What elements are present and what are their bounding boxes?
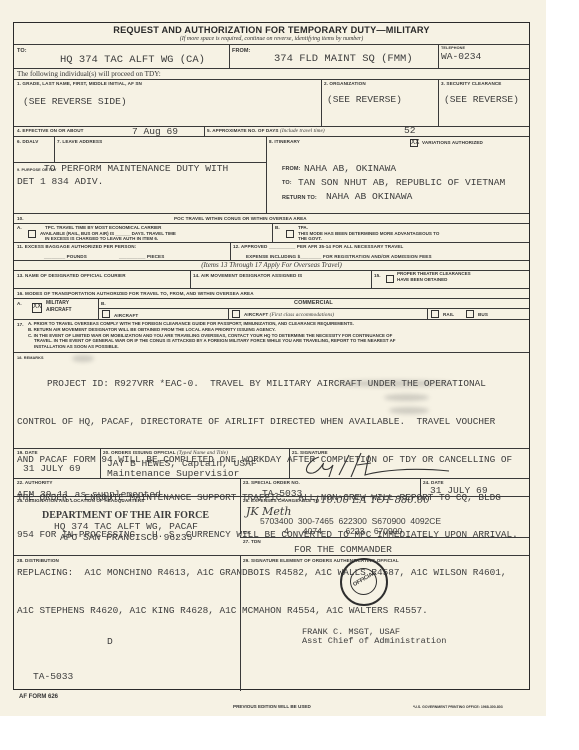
item9-field-line1[interactable]: TO PERFORM MAINTENANCE DUTY WITH xyxy=(44,163,228,174)
item19-label: 19. DATE xyxy=(17,450,38,455)
from-label: FROM: xyxy=(232,48,251,54)
item23-label: 23. SPECIAL ORDER NO. xyxy=(243,480,300,485)
smudge xyxy=(72,355,94,362)
item26-label: 26. EXPENSES CHARGEABLE TO xyxy=(243,498,319,503)
item28-order-no[interactable]: TA-5033 xyxy=(33,671,73,682)
item25-line3[interactable]: APO SAN FRANCISCO 96235 xyxy=(60,532,192,543)
edition-note: PREVIOUS EDITION WILL BE USED xyxy=(233,704,311,709)
first-class-aircraft-label: AIRCRAFT (First class accommodations) xyxy=(244,312,334,318)
tpc-checkbox[interactable] xyxy=(28,230,36,238)
bus-checkbox[interactable] xyxy=(466,310,474,318)
item17-number: 17. xyxy=(17,322,24,327)
tpa-checkbox[interactable] xyxy=(286,230,294,238)
itinerary-return-field[interactable]: NAHA AB OKINAWA xyxy=(326,191,412,202)
item1-label: 1. GRADE, LAST NAME, FIRST, MIDDLE INITI… xyxy=(17,81,142,86)
itinerary-to-label: TO: xyxy=(282,180,292,186)
theater-clearances-checkbox[interactable] xyxy=(386,275,394,283)
item3-field[interactable]: (SEE REVERSE) xyxy=(444,94,519,105)
to-field[interactable]: HQ 374 TAC ALFT WG (CA) xyxy=(60,54,205,66)
signature-scribble xyxy=(299,451,469,479)
item25-line2[interactable]: HQ 374 TAC ALFT WG, PACAF xyxy=(54,521,198,532)
bus-label: BUS xyxy=(478,312,488,317)
item28-field[interactable]: D xyxy=(107,636,113,647)
commercial-aircraft-label: AIRCRAFT xyxy=(114,313,138,318)
item9-field-line2[interactable]: DET 1 834 ADIV. xyxy=(17,176,103,187)
smudge xyxy=(334,380,454,387)
form-number: AF FORM 626 xyxy=(19,694,58,700)
item25-line1[interactable]: DEPARTMENT OF THE AIR FORCE xyxy=(42,510,209,521)
item27-label: 27. TDN xyxy=(243,539,261,544)
item12-line2: EXPENSE INCLUDING $________ FOR REGISTRA… xyxy=(246,254,432,259)
item16a-letter: A. xyxy=(17,301,22,306)
item1-field[interactable]: (SEE REVERSE SIDE) xyxy=(23,96,127,107)
item26-handwritten-amount: 110.00 EA TOT 880.00 xyxy=(314,495,430,506)
item6-label: 6. DDALV xyxy=(17,139,38,144)
item16-label: 16. MODES OF TRANSPORTATION AUTHORIZED F… xyxy=(17,291,254,296)
item5-label: 5. APPROXIMATE NO. OF DAYS (Include trav… xyxy=(207,128,325,134)
itinerary-return-label: RETURN TO: xyxy=(282,195,317,201)
item10-number: 10. xyxy=(17,216,24,221)
form-subtitle: (If more space is required, continue on … xyxy=(14,36,529,42)
item3-label: 3. SECURITY CLEARANCE xyxy=(441,81,501,86)
item29-line2[interactable]: Asst Chief of Administration xyxy=(302,636,446,646)
from-field[interactable]: 374 FLD MAINT SQ (FMM) xyxy=(274,53,413,65)
item7-label: 7. LEAVE ADDRESS xyxy=(57,139,102,144)
item15-text: PROPER THEATER CLEARANCES HAVE BEEN OBTA… xyxy=(397,271,471,282)
item4-label: 4. EFFECTIVE ON OR ABOUT xyxy=(17,128,84,133)
item26-accounting-row2[interactable]: 4 4074 6223 670900 xyxy=(284,526,402,536)
itinerary-from-field[interactable]: NAHA AB, OKINAWA xyxy=(304,163,396,174)
item19-field[interactable]: 31 JULY 69 xyxy=(23,463,81,474)
item20-label: 20. ORDERS ISSUING OFFICIAL (Typed Name … xyxy=(103,450,228,456)
official-stamp: OFFICIAL xyxy=(340,558,388,606)
proceed-text: The following individual(s) will proceed… xyxy=(17,70,161,78)
item10a-text: TPC. TRAVEL TIME BY MOST ECONOMICAL CARR… xyxy=(40,225,176,242)
item11-pounds[interactable]: ________ POUNDS xyxy=(44,254,87,259)
tdy-form: REQUEST AND AUTHORIZATION FOR TEMPORARY … xyxy=(13,22,530,690)
item2-field[interactable]: (SEE REVERSE) xyxy=(327,94,402,105)
item28-label: 28. DISTRIBUTION xyxy=(17,558,59,563)
item24-field[interactable]: 31 JULY 69 xyxy=(430,485,488,496)
item5-field[interactable]: 52 xyxy=(404,125,416,136)
printing-office: *U.S. GOVERNMENT PRINTING OFFICE: 1968-3… xyxy=(413,705,503,709)
commercial-aircraft-checkbox[interactable] xyxy=(102,310,110,318)
item2-label: 2. ORGANIZATION xyxy=(324,81,366,86)
commercial-title: COMMERCIAL xyxy=(294,300,333,306)
item12-line1: 12. APPROVED __________ PER AFR 35-14 FO… xyxy=(233,244,403,249)
item15-number: 15. xyxy=(374,273,381,278)
item8-label: 8. ITINERARY xyxy=(269,139,300,144)
item10b-letter: B. xyxy=(275,225,280,230)
variations-authorized-checkbox[interactable]: XX xyxy=(410,139,418,147)
item22-label: 22. AUTHORITY xyxy=(17,480,53,485)
item27-field[interactable]: FOR THE COMMANDER xyxy=(294,544,392,555)
rail-checkbox[interactable] xyxy=(431,310,439,318)
item16b-letter: B. xyxy=(101,301,106,306)
cic-label: CIC xyxy=(243,530,251,535)
item10-title: POC TRAVEL WITHIN CONUS OR WITHIN OVERSE… xyxy=(174,216,307,221)
item25-label: 25. DESIGNATION AND LOCATION OF HEADQUAR… xyxy=(17,498,144,503)
item26-accounting-row1[interactable]: 5703400 300-7465 622300 S670900 4092CE xyxy=(260,516,441,526)
overseas-note: (Items 13 Through 17 Apply For Overseas … xyxy=(14,261,529,269)
to-label: TO: xyxy=(17,48,27,54)
military-aircraft-checkbox[interactable]: XX xyxy=(32,303,42,313)
item11-pieces[interactable]: __________ PIECES xyxy=(119,254,164,259)
first-class-aircraft-checkbox[interactable] xyxy=(232,310,240,318)
item14-label: 14. AIR MOVEMENT DESIGNATOR ASSIGNED IS xyxy=(193,273,302,278)
itinerary-to-field[interactable]: TAN SON NHUT AB, REPUBLIC OF VIETNAM xyxy=(298,177,505,188)
smudge xyxy=(389,407,429,414)
itinerary-from-label: FROM: xyxy=(282,166,301,172)
form-title: REQUEST AND AUTHORIZATION FOR TEMPORARY … xyxy=(14,25,529,35)
item10a-letter: A. xyxy=(17,225,22,230)
telephone-field[interactable]: WA-0234 xyxy=(441,51,481,62)
item16a-text: MILITARY AIRCRAFT xyxy=(46,300,72,314)
variations-authorized-label: VARIATIONS AUTHORIZED xyxy=(422,140,483,145)
item13-label: 13. NAME OF DESIGNATED OFFICIAL COURIER xyxy=(17,273,126,278)
item10b-text: TPA. THIS MODE HAS BEEN DETERMINED MORE … xyxy=(298,225,439,242)
rail-label: RAIL xyxy=(443,312,454,317)
item17-text: a. PRIOR TO TRAVEL OVERSEAS COMPLY WITH … xyxy=(28,321,395,350)
item11-label: 11. EXCESS BAGGAGE AUTHORIZED PER PERSON… xyxy=(17,244,136,249)
telephone-label: TELEPHONE xyxy=(441,46,465,50)
smudge xyxy=(384,394,429,401)
